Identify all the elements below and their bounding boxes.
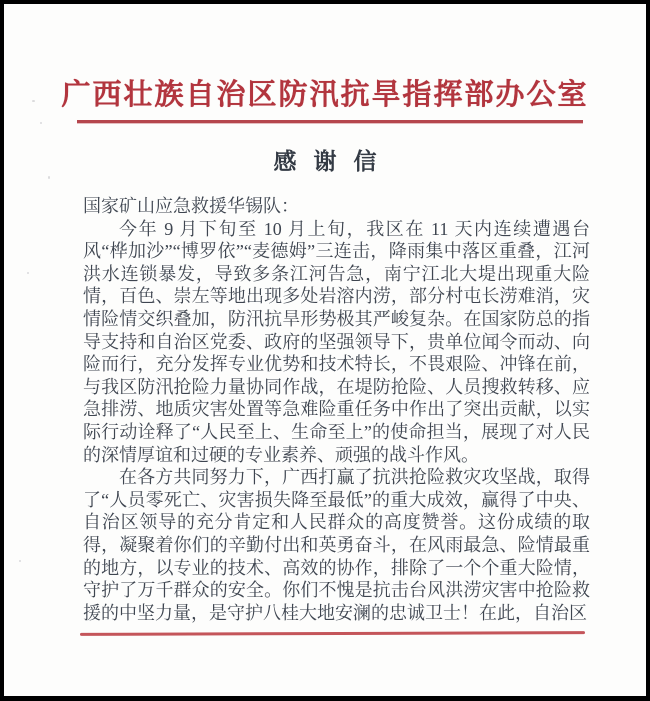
paragraph-2: 在各方共同努力下，广西打赢了抗洪抢险救灾攻坚战，取得了“人员零死亡、灾害损失降至… <box>83 466 590 624</box>
scan-speckle <box>27 272 29 274</box>
letter-body: 国家矿山应急救援华锡队： 今年 9 月下旬至 10 月上旬，我区在 11 天内连… <box>83 195 590 624</box>
paragraph-1: 今年 9 月下旬至 10 月上旬，我区在 11 天内连续遭遇台风“桦加沙”“博罗… <box>83 218 590 467</box>
scan-speckle <box>48 176 50 179</box>
scan-speckle <box>40 122 42 124</box>
letterhead-divider-line <box>77 120 583 123</box>
scan-speckle <box>32 100 35 102</box>
salutation: 国家矿山应急救援华锡队： <box>83 195 590 218</box>
scan-speckle <box>19 560 21 562</box>
letter-title: 感谢信 <box>4 143 646 176</box>
red-underline-annotation <box>80 631 585 636</box>
letter-page: 广西壮族自治区防汛抗旱指挥部办公室 感谢信 国家矿山应急救援华锡队： 今年 9 … <box>4 4 646 696</box>
scan-frame: 广西壮族自治区防汛抗旱指挥部办公室 感谢信 国家矿山应急救援华锡队： 今年 9 … <box>0 0 650 701</box>
letterhead-org-name: 广西壮族自治区防汛抗旱指挥部办公室 <box>4 72 646 113</box>
